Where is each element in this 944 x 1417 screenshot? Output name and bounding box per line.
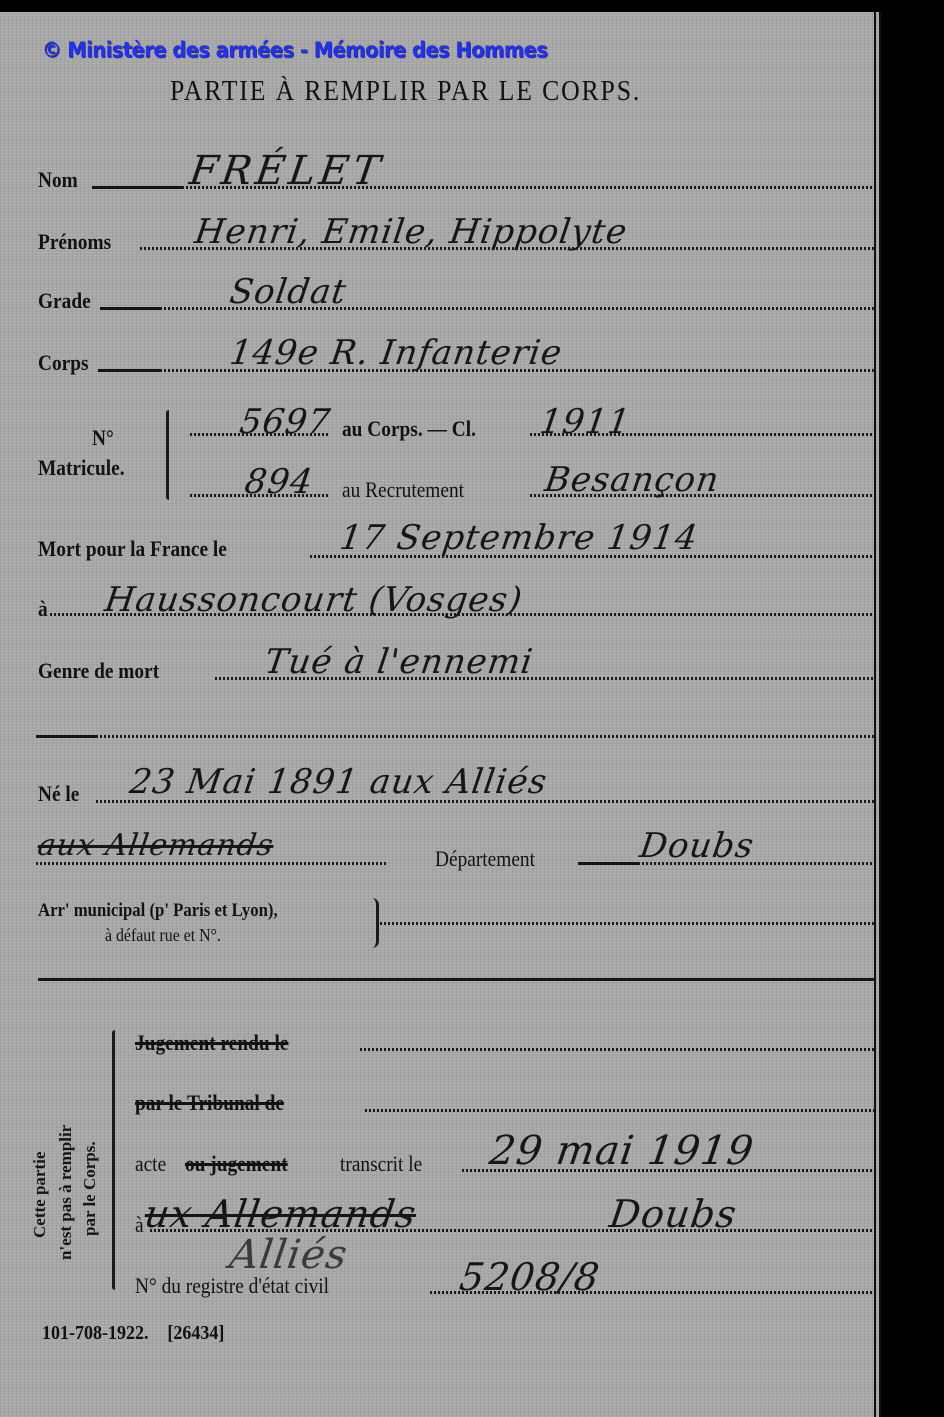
label-au-corps: au Corps. — Cl. bbox=[342, 416, 476, 442]
label-genre-mort: Genre de mort bbox=[38, 658, 159, 684]
blank-line bbox=[96, 735, 874, 738]
field-line-arrondissement bbox=[380, 922, 874, 925]
line bbox=[92, 186, 182, 189]
copyright-watermark: © Ministère des armées - Mémoire des Hom… bbox=[42, 38, 547, 62]
label-arrondissement-2: à défaut rue et N°. bbox=[105, 925, 221, 946]
label-mort: Mort pour la France le bbox=[38, 536, 227, 562]
brace bbox=[112, 1030, 115, 1290]
label-ou-jugement-struck: ou jugement bbox=[185, 1151, 288, 1177]
value-prenoms: Henri, Emile, Hippolyte bbox=[192, 212, 630, 252]
label-departement: Département bbox=[435, 846, 535, 872]
brace bbox=[372, 898, 379, 948]
side-note-line-1: Cette partie bbox=[30, 1152, 50, 1238]
value-recrutement-number: 894 bbox=[242, 462, 316, 502]
label-a: à bbox=[38, 596, 48, 622]
label-jugement-struck: Jugement rendu le bbox=[135, 1030, 288, 1056]
value-classe: 1911 bbox=[537, 402, 633, 442]
value-departement: Doubs bbox=[637, 826, 756, 866]
label-transcrit-le: transcrit le bbox=[340, 1151, 422, 1177]
field-line-jugement bbox=[360, 1048, 874, 1051]
label-corps: Corps bbox=[38, 350, 89, 376]
label-au-recrutement: au Recrutement bbox=[342, 477, 464, 503]
border-line bbox=[874, 12, 876, 1417]
border-line bbox=[879, 12, 881, 1417]
field-line-tribunal bbox=[365, 1109, 874, 1112]
label-tribunal-struck: par le Tribunal de bbox=[135, 1090, 284, 1116]
label-registre: N° du registre d'état civil bbox=[135, 1273, 329, 1299]
value-nom: FRÉLET bbox=[187, 148, 387, 194]
section-divider bbox=[38, 978, 874, 981]
value-naissance: 23 Mai 1891 aux Alliés bbox=[127, 762, 550, 802]
value-recrutement: Besançon bbox=[542, 460, 722, 500]
value-grade: Soldat bbox=[227, 272, 349, 312]
label-nom: Nom bbox=[38, 167, 78, 193]
value-a-lieu-struck: ux Allemands bbox=[142, 1192, 419, 1236]
label-no: N° bbox=[92, 425, 114, 451]
value-registre: 5208/8 bbox=[457, 1255, 603, 1299]
side-note: Cette partie n'est pas à remplir par le … bbox=[30, 1060, 120, 1290]
value-genre-mort: Tué à l'ennemi bbox=[262, 642, 536, 682]
line bbox=[36, 735, 96, 738]
print-code: [26434] bbox=[167, 1322, 224, 1344]
value-a-lieu-correction: Alliés bbox=[227, 1232, 351, 1278]
form-title: PARTIE À REMPLIR PAR LE CORPS. bbox=[170, 76, 641, 108]
label-prenoms: Prénoms bbox=[38, 229, 111, 255]
label-arrondissement: Arr' municipal (p' Paris et Lyon), bbox=[38, 900, 278, 922]
label-matricule: Matricule. bbox=[38, 455, 125, 481]
value-lieu: Haussoncourt (Vosges) bbox=[102, 580, 525, 620]
value-mort: 17 Septembre 1914 bbox=[337, 518, 700, 558]
value-lieu-naissance-struck: aux Allemands bbox=[36, 828, 276, 863]
value-a-lieu: Doubs bbox=[607, 1192, 740, 1236]
label-grade: Grade bbox=[38, 288, 91, 314]
value-acte-date: 29 mai 1919 bbox=[487, 1128, 757, 1174]
side-note-line-3: par le Corps. bbox=[80, 1141, 100, 1236]
value-corps-number: 5697 bbox=[237, 402, 333, 442]
side-note-line-2: n'est pas à remplir bbox=[56, 1125, 76, 1260]
print-reference: 101-708-1922. bbox=[42, 1322, 148, 1344]
print-footer: 101-708-1922. [26434] bbox=[42, 1322, 239, 1345]
label-ne-le: Né le bbox=[38, 781, 79, 807]
value-corps: 149e R. Infanterie bbox=[227, 333, 565, 373]
brace bbox=[166, 410, 169, 500]
line bbox=[100, 307, 160, 310]
label-acte: acte bbox=[135, 1151, 166, 1177]
line bbox=[578, 862, 638, 865]
line bbox=[98, 369, 160, 372]
